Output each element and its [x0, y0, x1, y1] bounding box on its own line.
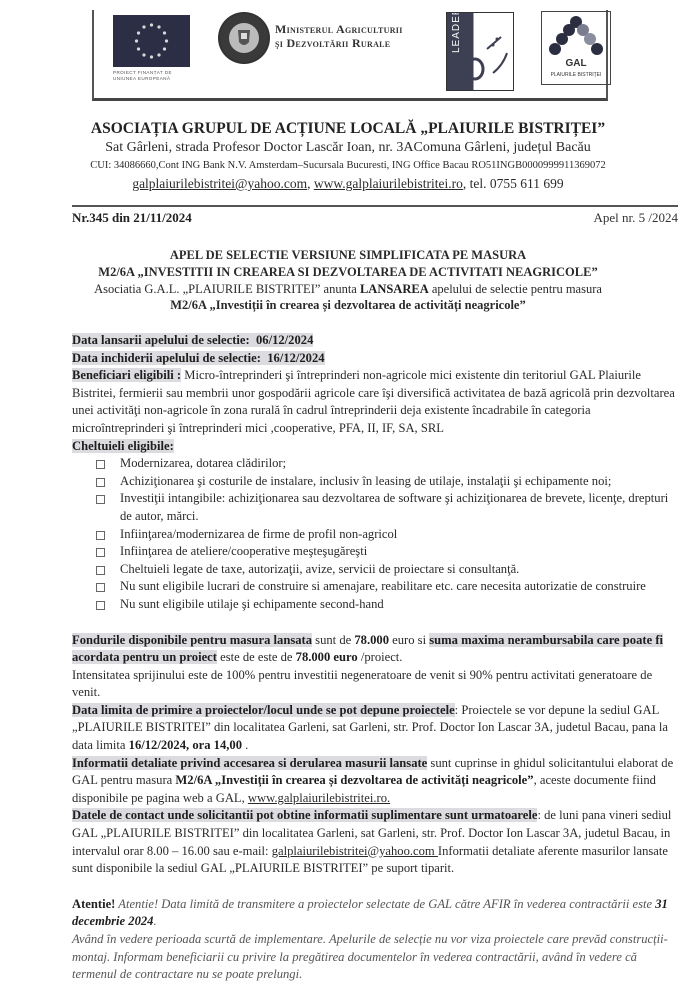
ministry-line1: Ministerul Agriculturii [275, 22, 403, 36]
launch-date-value: 06/12/2024 [256, 333, 313, 347]
eu-caption: PROIECT FINANȚAT DE UNIUNEA EUROPEANĂ [113, 70, 193, 82]
organization-contact: galplaiurilebistritei@yahoo.com, www.gal… [0, 176, 696, 192]
notice-head: Atentie! [72, 897, 115, 911]
coat-of-arms-icon [218, 12, 270, 64]
list-item: Nu sunt eligibile utilaje şi echipamente… [96, 596, 682, 614]
funding-text: este de este de [217, 650, 296, 664]
expense-text: Achiziţionarea şi costurile de instalare… [120, 474, 611, 488]
checkbox-bullet-icon [96, 601, 105, 610]
beneficiaries-paragraph: Beneficiari eligibili : Micro-întreprind… [72, 367, 682, 437]
gal-plaiurile-bistritei-logo: GAL PLAIURILE BISTRIȚEI [541, 11, 611, 85]
org-phone: , tel. 0755 611 699 [463, 176, 564, 191]
call-announcement: Asociatia G.A.L. „PLAIURILE BISTRITEI” a… [0, 282, 696, 297]
beneficiaries-label: Beneficiari eligibili : [72, 368, 181, 382]
funding-amount: 78.000 [354, 633, 389, 647]
checkbox-bullet-icon [96, 548, 105, 557]
close-date-label: Data inchiderii apelului de selectie: [72, 351, 261, 365]
funding-label: Fondurile disponibile pentru masura lans… [72, 633, 312, 647]
checkbox-bullet-icon [96, 478, 105, 487]
list-item: Investiţii intangibile: achiziţionarea s… [96, 490, 682, 525]
notice-implementation-paragraph: Având în vedere perioada scurtă de imple… [72, 931, 682, 984]
svg-text:GAL: GAL [565, 58, 586, 69]
list-item: Achiziţionarea şi costurile de instalare… [96, 473, 682, 491]
leader-emblem-icon: LEADER [447, 13, 513, 90]
organization-cui-bank: CUI: 34086660,Cont ING Bank N.V. Amsterd… [0, 160, 696, 171]
info-measure: M2/6A „Investiții în crearea și dezvolta… [175, 773, 533, 787]
list-item: Infiinţarea/modernizarea de firme de pro… [96, 526, 682, 544]
expense-text: Cheltuieli legate de taxe, autorizaţii, … [120, 562, 519, 576]
registration-number: Nr.345 din 21/11/2024 [72, 210, 192, 226]
contact-email-link[interactable]: galplaiurilebistritei@yahoo.com [272, 844, 438, 858]
eu-stars-icon [113, 15, 190, 67]
list-item: Cheltuieli legate de taxe, autorizaţii, … [96, 561, 682, 579]
deadline-label: Data limita de primire a proiectelor/loc… [72, 703, 455, 717]
expenses-label: Cheltuieli eligibile: [72, 439, 174, 453]
checkbox-bullet-icon [96, 531, 105, 540]
svg-text:PLAIURILE BISTRIȚEI: PLAIURILE BISTRIȚEI [551, 72, 602, 78]
close-date-row: Data inchiderii apelului de selectie: 16… [72, 350, 682, 368]
gal-mountain-icon: GAL PLAIURILE BISTRIȚEI [542, 12, 610, 84]
checkbox-bullet-icon [96, 495, 105, 504]
checkbox-bullet-icon [96, 583, 105, 592]
svg-text:LEADER: LEADER [451, 13, 462, 53]
expense-text: Modernizarea, dotarea clădirilor; [120, 456, 286, 470]
eu-flag-logo [113, 15, 190, 67]
checkbox-bullet-icon [96, 460, 105, 469]
contact-label: Datele de contact unde solicitantii pot … [72, 808, 537, 822]
funding-paragraph: Fondurile disponibile pentru masura lans… [72, 632, 682, 667]
ministry-name: Ministerul Agriculturii şi Dezvoltării R… [275, 22, 403, 50]
deadline-end: . [242, 738, 248, 752]
document-body: Data lansarii apelului de selectie: 06/1… [72, 332, 682, 984]
expenses-list: Modernizarea, dotarea clădirilor; Achizi… [72, 455, 682, 613]
funding-text: sunt de [312, 633, 354, 647]
expense-text: Nu sunt eligibile lucrari de construire … [120, 579, 646, 593]
deadline-paragraph: Data limita de primire a proiectelor/loc… [72, 702, 682, 755]
separator-line [72, 205, 678, 207]
expense-text: Infiinţarea/modernizarea de firme de pro… [120, 527, 397, 541]
expense-text: Nu sunt eligibile utilaje şi echipamente… [120, 597, 384, 611]
contact-paragraph: Datele de contact unde solicitantii pot … [72, 807, 682, 877]
announce-suffix: apelului de selectie pentru masura [429, 282, 602, 296]
org-website-link[interactable]: www.galplaiurilebistritei.ro [314, 176, 463, 191]
max-grant-amount: 78.000 euro [296, 650, 358, 664]
announce-launch: LANSAREA [360, 282, 429, 296]
list-item: Modernizarea, dotarea clădirilor; [96, 455, 682, 473]
funding-text: /proiect. [358, 650, 403, 664]
call-title: APEL DE SELECTIE VERSIUNE SIMPLIFICATA P… [0, 248, 696, 263]
info-paragraph: Informatii detaliate privind accesarea s… [72, 755, 682, 808]
list-item: Nu sunt eligibile lucrari de construire … [96, 578, 682, 596]
organization-name: ASOCIAȚIA GRUPUL DE ACȚIUNE LOCALĂ „PLAI… [0, 120, 696, 138]
call-number: Apel nr. 5 /2024 [594, 210, 679, 226]
info-label: Informatii detaliate privind accesarea s… [72, 756, 427, 770]
website-link[interactable]: www.galplaiurilebistritei.ro. [248, 791, 390, 805]
organization-address: Sat Gârleni, strada Profesor Doctor Lasc… [0, 140, 696, 156]
funding-text: euro si [389, 633, 429, 647]
deadline-date: 16/12/2024, ora 14,00 [129, 738, 242, 752]
notice-text: Atentie! Data limită de transmitere a pr… [115, 897, 655, 911]
notice-paragraph: Atentie! Atentie! Data limită de transmi… [72, 896, 682, 931]
checkbox-bullet-icon [96, 566, 105, 575]
ministry-line2: şi Dezvoltării Rurale [275, 36, 403, 50]
notice-text: . [153, 914, 156, 928]
org-email-link[interactable]: galplaiurilebistritei@yahoo.com [132, 176, 307, 191]
close-date-value: 16/12/2024 [267, 351, 324, 365]
call-measure-name: M2/6A „Investiții în crearea și dezvolta… [0, 298, 696, 313]
government-seal-logo [218, 12, 270, 64]
launch-date-label: Data lansarii apelului de selectie: [72, 333, 250, 347]
expense-text: Infiinţarea de ateliere/cooperative meşt… [120, 544, 367, 558]
intensity-paragraph: Intensitatea sprijinului este de 100% pe… [72, 667, 682, 702]
leader-logo: LEADER [446, 12, 514, 91]
list-item: Infiinţarea de ateliere/cooperative meşt… [96, 543, 682, 561]
call-measure-title: M2/6A „INVESTITII IN CREAREA SI DEZVOLTA… [0, 265, 696, 280]
launch-date-row: Data lansarii apelului de selectie: 06/1… [72, 332, 682, 350]
eu-caption-line2: UNIUNEA EUROPEANĂ [113, 76, 193, 82]
announce-prefix: Asociatia G.A.L. „PLAIURILE BISTRITEI” a… [94, 282, 360, 296]
expense-text: Investiţii intangibile: achiziţionarea s… [120, 491, 668, 523]
expenses-heading-row: Cheltuieli eligibile: [72, 438, 682, 456]
